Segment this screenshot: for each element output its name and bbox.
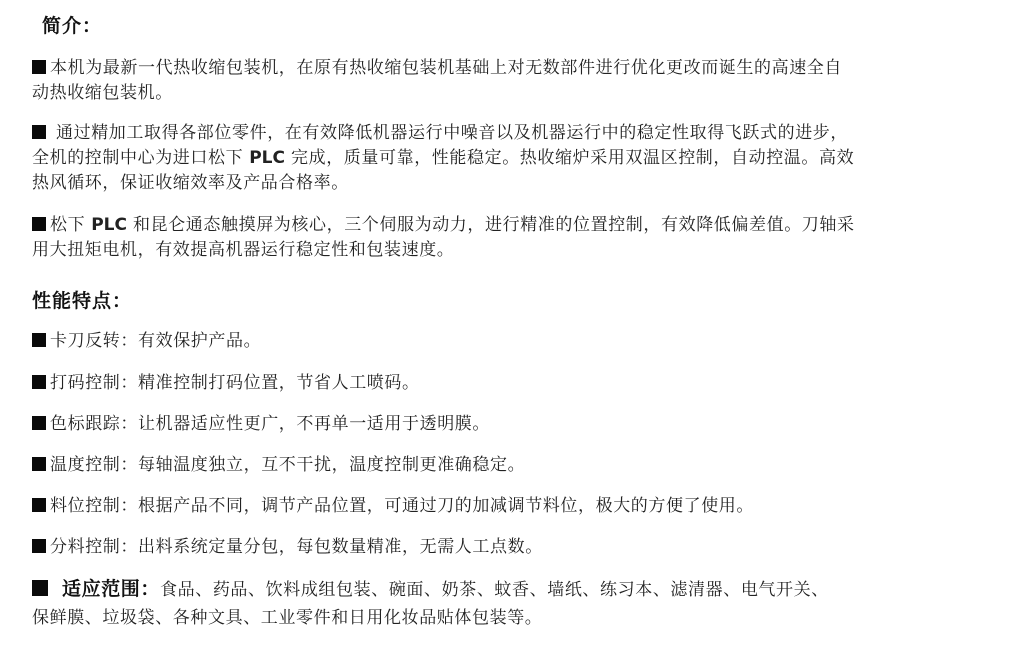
paragraph-text: 动热收缩包装机。 xyxy=(32,81,992,106)
intro-heading: 简介： xyxy=(42,11,102,38)
intro-paragraph-1: 本机为最新一代热收缩包装机，在原有热收缩包装机基础上对无数部件进行优化更改而诞生… xyxy=(32,56,992,106)
paragraph-text: 全机的控制中心为进口松下 xyxy=(32,148,249,168)
bullet-square-icon xyxy=(32,457,46,471)
document-page: 简介： 本机为最新一代热收缩包装机，在原有热收缩包装机基础上对无数部件进行优化更… xyxy=(0,0,1013,653)
feature-text: 温度控制：每轴温度独立，互不干扰，温度控制更准确稳定。 xyxy=(50,455,525,475)
feature-item: 卡刀反转：有效保护产品。 xyxy=(32,329,992,354)
feature-item: 料位控制：根据产品不同，调节产品位置，可通过刀的加减调节料位，极大的方便了使用。 xyxy=(32,494,992,519)
bullet-square-icon xyxy=(32,217,46,231)
feature-text: 分料控制：出料系统定量分包，每包数量精准，无需人工点数。 xyxy=(50,537,543,557)
paragraph-text: 热风循环，保证收缩效率及产品合格率。 xyxy=(32,171,992,196)
paragraph-text: 完成，质量可靠，性能稳定。热收缩炉采用双温区控制，自动控温。高效 xyxy=(285,148,854,168)
features-heading: 性能特点： xyxy=(32,286,132,313)
scope-text: 保鲜膜、垃圾袋、各种文具、工业零件和日用化妆品贴体包装等。 xyxy=(32,606,992,631)
intro-paragraph-2: 通过精加工取得各部位零件，在有效降低机器运行中噪音以及机器运行中的稳定性取得飞跃… xyxy=(32,121,992,196)
paragraph-text: 和昆仑通态触摸屏为核心，三个伺服为动力，进行精准的位置控制，有效降低偏差值。刀轴… xyxy=(127,215,855,235)
plc-text: PLC xyxy=(249,148,285,168)
bullet-square-icon xyxy=(32,375,46,389)
scope-paragraph: 适应范围：食品、药品、饮料成组包装、碗面、奶茶、蚊香、墙纸、练习本、滤清器、电气… xyxy=(32,577,992,631)
paragraph-text: 用大扭矩电机，有效提高机器运行稳定性和包装速度。 xyxy=(32,238,992,263)
feature-item: 温度控制：每轴温度独立，互不干扰，温度控制更准确稳定。 xyxy=(32,453,992,478)
bullet-square-icon xyxy=(32,60,46,74)
bullet-square-icon xyxy=(32,125,46,139)
bullet-square-icon xyxy=(32,498,46,512)
plc-text: PLC xyxy=(91,215,127,235)
scope-text: 食品、药品、饮料成组包装、碗面、奶茶、蚊香、墙纸、练习本、滤清器、电气开关、 xyxy=(160,580,829,600)
paragraph-text: 本机为最新一代热收缩包装机，在原有热收缩包装机基础上对无数部件进行优化更改而诞生… xyxy=(50,58,842,78)
feature-item: 分料控制：出料系统定量分包，每包数量精准，无需人工点数。 xyxy=(32,535,992,560)
bullet-square-icon xyxy=(32,333,46,347)
feature-text: 色标跟踪：让机器适应性更广，不再单一适用于透明膜。 xyxy=(50,414,490,434)
paragraph-text: 通过精加工取得各部位零件，在有效降低机器运行中噪音以及机器运行中的稳定性取得飞跃… xyxy=(50,123,848,143)
feature-item: 打码控制：精准控制打码位置，节省人工喷码。 xyxy=(32,371,992,396)
bullet-square-icon xyxy=(32,580,48,596)
scope-label: 适应范围： xyxy=(62,578,160,600)
feature-text: 打码控制：精准控制打码位置，节省人工喷码。 xyxy=(50,373,420,393)
paragraph-text: 松下 xyxy=(50,215,91,235)
feature-text: 卡刀反转：有效保护产品。 xyxy=(50,331,261,351)
bullet-square-icon xyxy=(32,539,46,553)
feature-text: 料位控制：根据产品不同，调节产品位置，可通过刀的加减调节料位，极大的方便了使用。 xyxy=(50,496,754,516)
intro-paragraph-3: 松下 PLC 和昆仑通态触摸屏为核心，三个伺服为动力，进行精准的位置控制，有效降… xyxy=(32,213,992,263)
bullet-square-icon xyxy=(32,416,46,430)
feature-item: 色标跟踪：让机器适应性更广，不再单一适用于透明膜。 xyxy=(32,412,992,437)
